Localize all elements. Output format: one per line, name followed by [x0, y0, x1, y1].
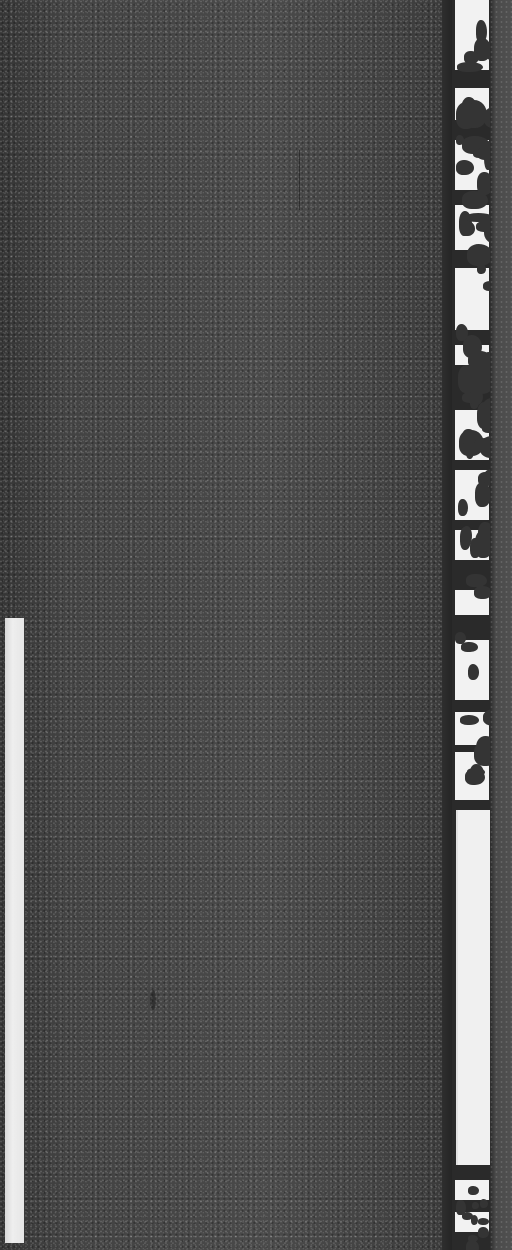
worn-paint-patch — [477, 264, 486, 273]
pavement-crack — [150, 990, 156, 1010]
pavement-crack — [299, 150, 300, 210]
worn-paint-patch — [462, 429, 476, 445]
worn-paint-patch — [460, 221, 475, 236]
edge-line-paint — [455, 268, 489, 330]
worn-paint-patch — [456, 324, 468, 341]
worn-paint-patch — [458, 365, 477, 393]
worn-paint-patch — [460, 527, 471, 550]
left-lane-line — [5, 618, 24, 1243]
road-shoulder — [490, 0, 512, 1250]
worn-paint-patch — [462, 1212, 474, 1220]
worn-paint-patch — [456, 135, 465, 145]
worn-paint-patch — [468, 1186, 479, 1195]
asphalt-lane — [0, 0, 446, 1250]
worn-paint-patch — [457, 62, 483, 72]
worn-paint-patch — [478, 1218, 489, 1225]
worn-paint-patch — [466, 213, 493, 221]
worn-paint-patch — [480, 1199, 488, 1207]
worn-paint-patch — [458, 499, 468, 516]
worn-paint-patch — [472, 1202, 479, 1209]
worn-paint-patch — [456, 160, 475, 175]
edge-line-solid-segment — [456, 810, 494, 1165]
worn-paint-patch — [468, 664, 480, 680]
worn-paint-patch — [475, 482, 491, 507]
worn-paint-patch — [474, 586, 492, 599]
worn-paint-patch — [461, 642, 477, 652]
road-photo — [0, 0, 512, 1250]
worn-paint-patch — [476, 20, 487, 44]
worn-paint-patch — [465, 769, 485, 784]
